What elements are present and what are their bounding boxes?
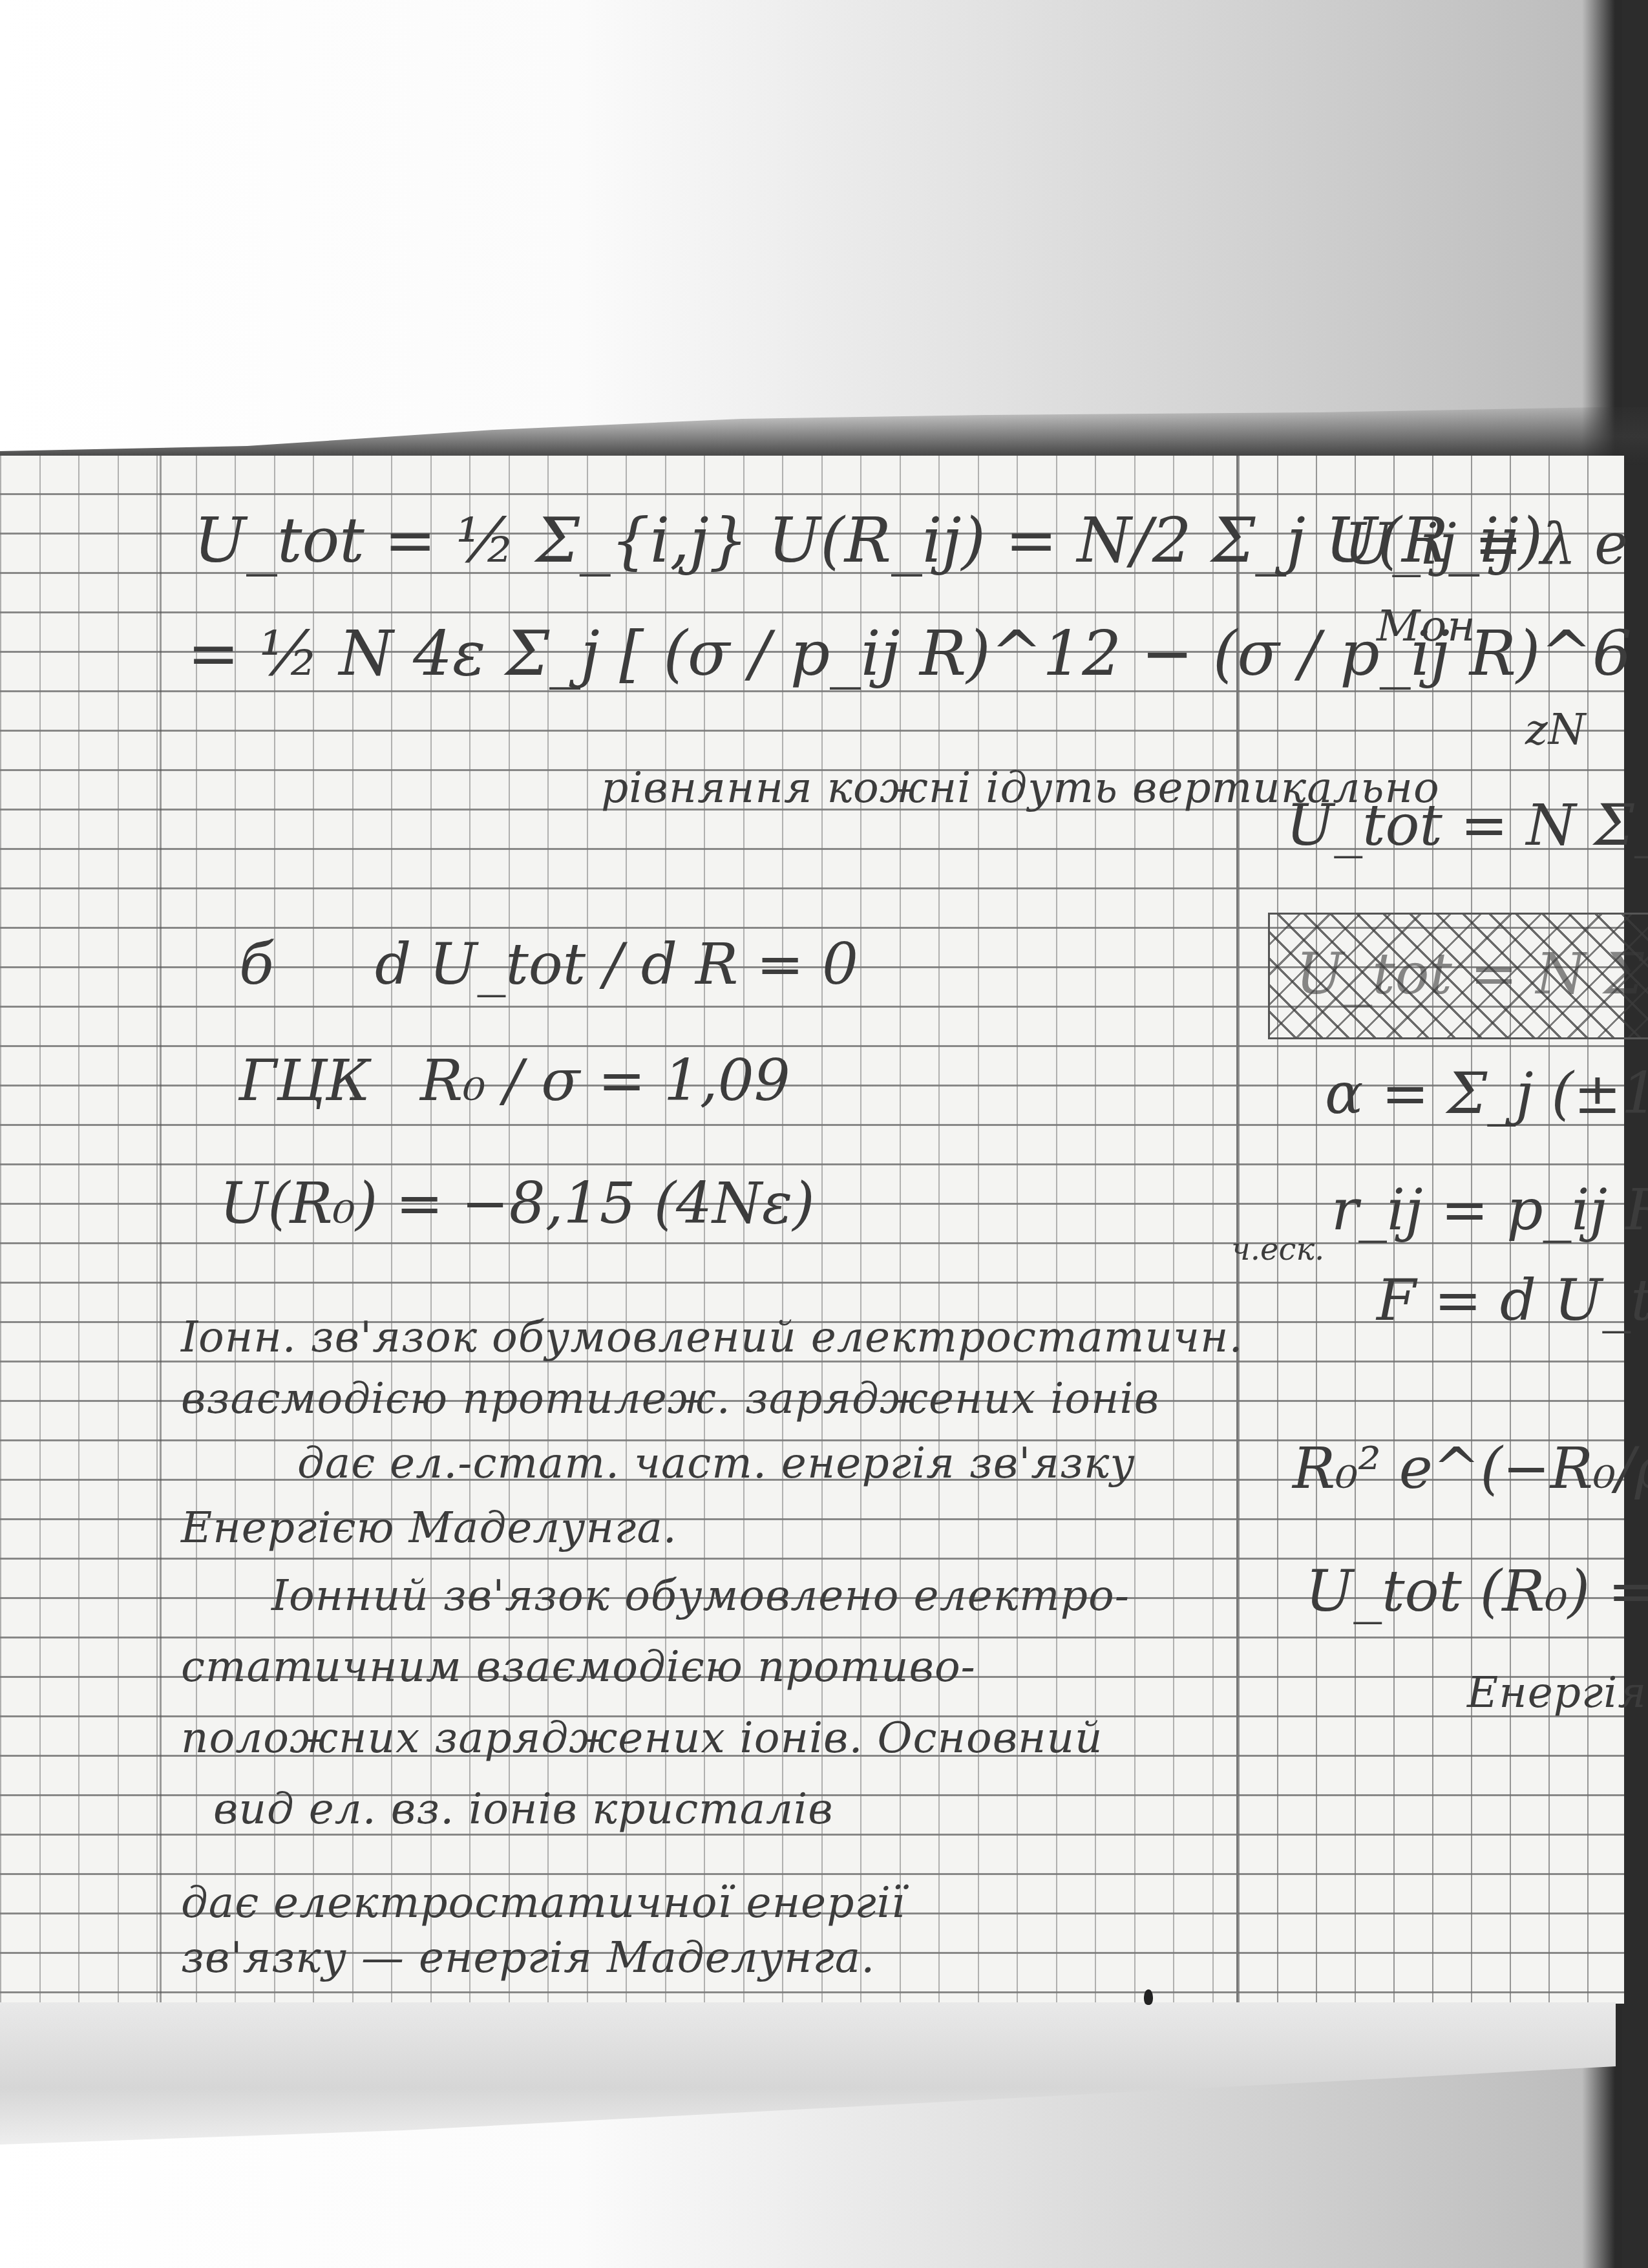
- equation-force: F = d U_tot / d R: [1377, 1267, 1648, 1333]
- equation-utot-sum: U_tot = ½ Σ_{i,j} U(R_ij) = N/2 Σ_j U(R_…: [194, 504, 1543, 577]
- text-line-9: дає електростатичної енергії: [181, 1878, 905, 1927]
- text-line-5: Іонний зв'язок обумовлено електро-: [271, 1571, 1130, 1620]
- text-line-2: взаємодією протилеж. заряджених іонів: [181, 1373, 1159, 1423]
- scanner-edge: [1622, 0, 1648, 2268]
- equation-equilibrium: R₀² e^(−R₀/ρ) = ...: [1293, 1435, 1648, 1501]
- text-line-1: Іонн. зв'язок обумовлений електростатичн…: [181, 1312, 1243, 1362]
- equation-utot-n-sum: U_tot = N Σ_j: [1286, 792, 1648, 858]
- equation-r0-ratio: R₀ / σ = 1,09: [420, 1047, 790, 1114]
- equation-derivative-zero: d U_tot / d R = 0: [375, 931, 858, 997]
- text-line-3: дає ел.-стат. част. енергія зв'язку: [297, 1438, 1136, 1488]
- text-line-10: зв'язку — енергія Маделунга.: [181, 1933, 875, 1982]
- label-energy: Енергія: [1467, 1668, 1647, 1717]
- crossed-out-text: U_tot = N Σ ...: [1296, 940, 1648, 1007]
- equation-u-r0: U(R₀) = −8,15 (4Nε): [220, 1170, 815, 1236]
- ink-blot: [1144, 1989, 1153, 2005]
- text-line-6: статичним взаємодією противо-: [181, 1642, 976, 1691]
- equation-madelung-alpha: α = Σ_j (±1 / p_ij): [1325, 1060, 1648, 1127]
- page-margin-line: [160, 456, 162, 2004]
- equation-utot-r0: U_tot (R₀) = −(...): [1305, 1558, 1648, 1624]
- plastic-sleeve-edge: [0, 2002, 1616, 2145]
- equation-uij: U_ij = λ e: [1344, 511, 1628, 577]
- crossed-out-equation: U_tot = N Σ ...: [1268, 913, 1648, 1039]
- text-line-4: Енергією Маделунга.: [181, 1503, 677, 1553]
- overflow-text: ч.еск.: [1231, 1231, 1324, 1267]
- label-mon: Мон: [1377, 601, 1476, 651]
- label-zn: zN: [1525, 705, 1587, 754]
- text-line-8: вид ел. вз. іонів кристалів: [213, 1784, 834, 1834]
- prefix-b: б: [239, 931, 274, 997]
- prefix-fcc: ГЦК: [239, 1047, 370, 1114]
- equation-rij: r_ij = p_ij R: [1331, 1176, 1648, 1243]
- text-line-7: положних заряджених іонів. Основний: [181, 1713, 1103, 1763]
